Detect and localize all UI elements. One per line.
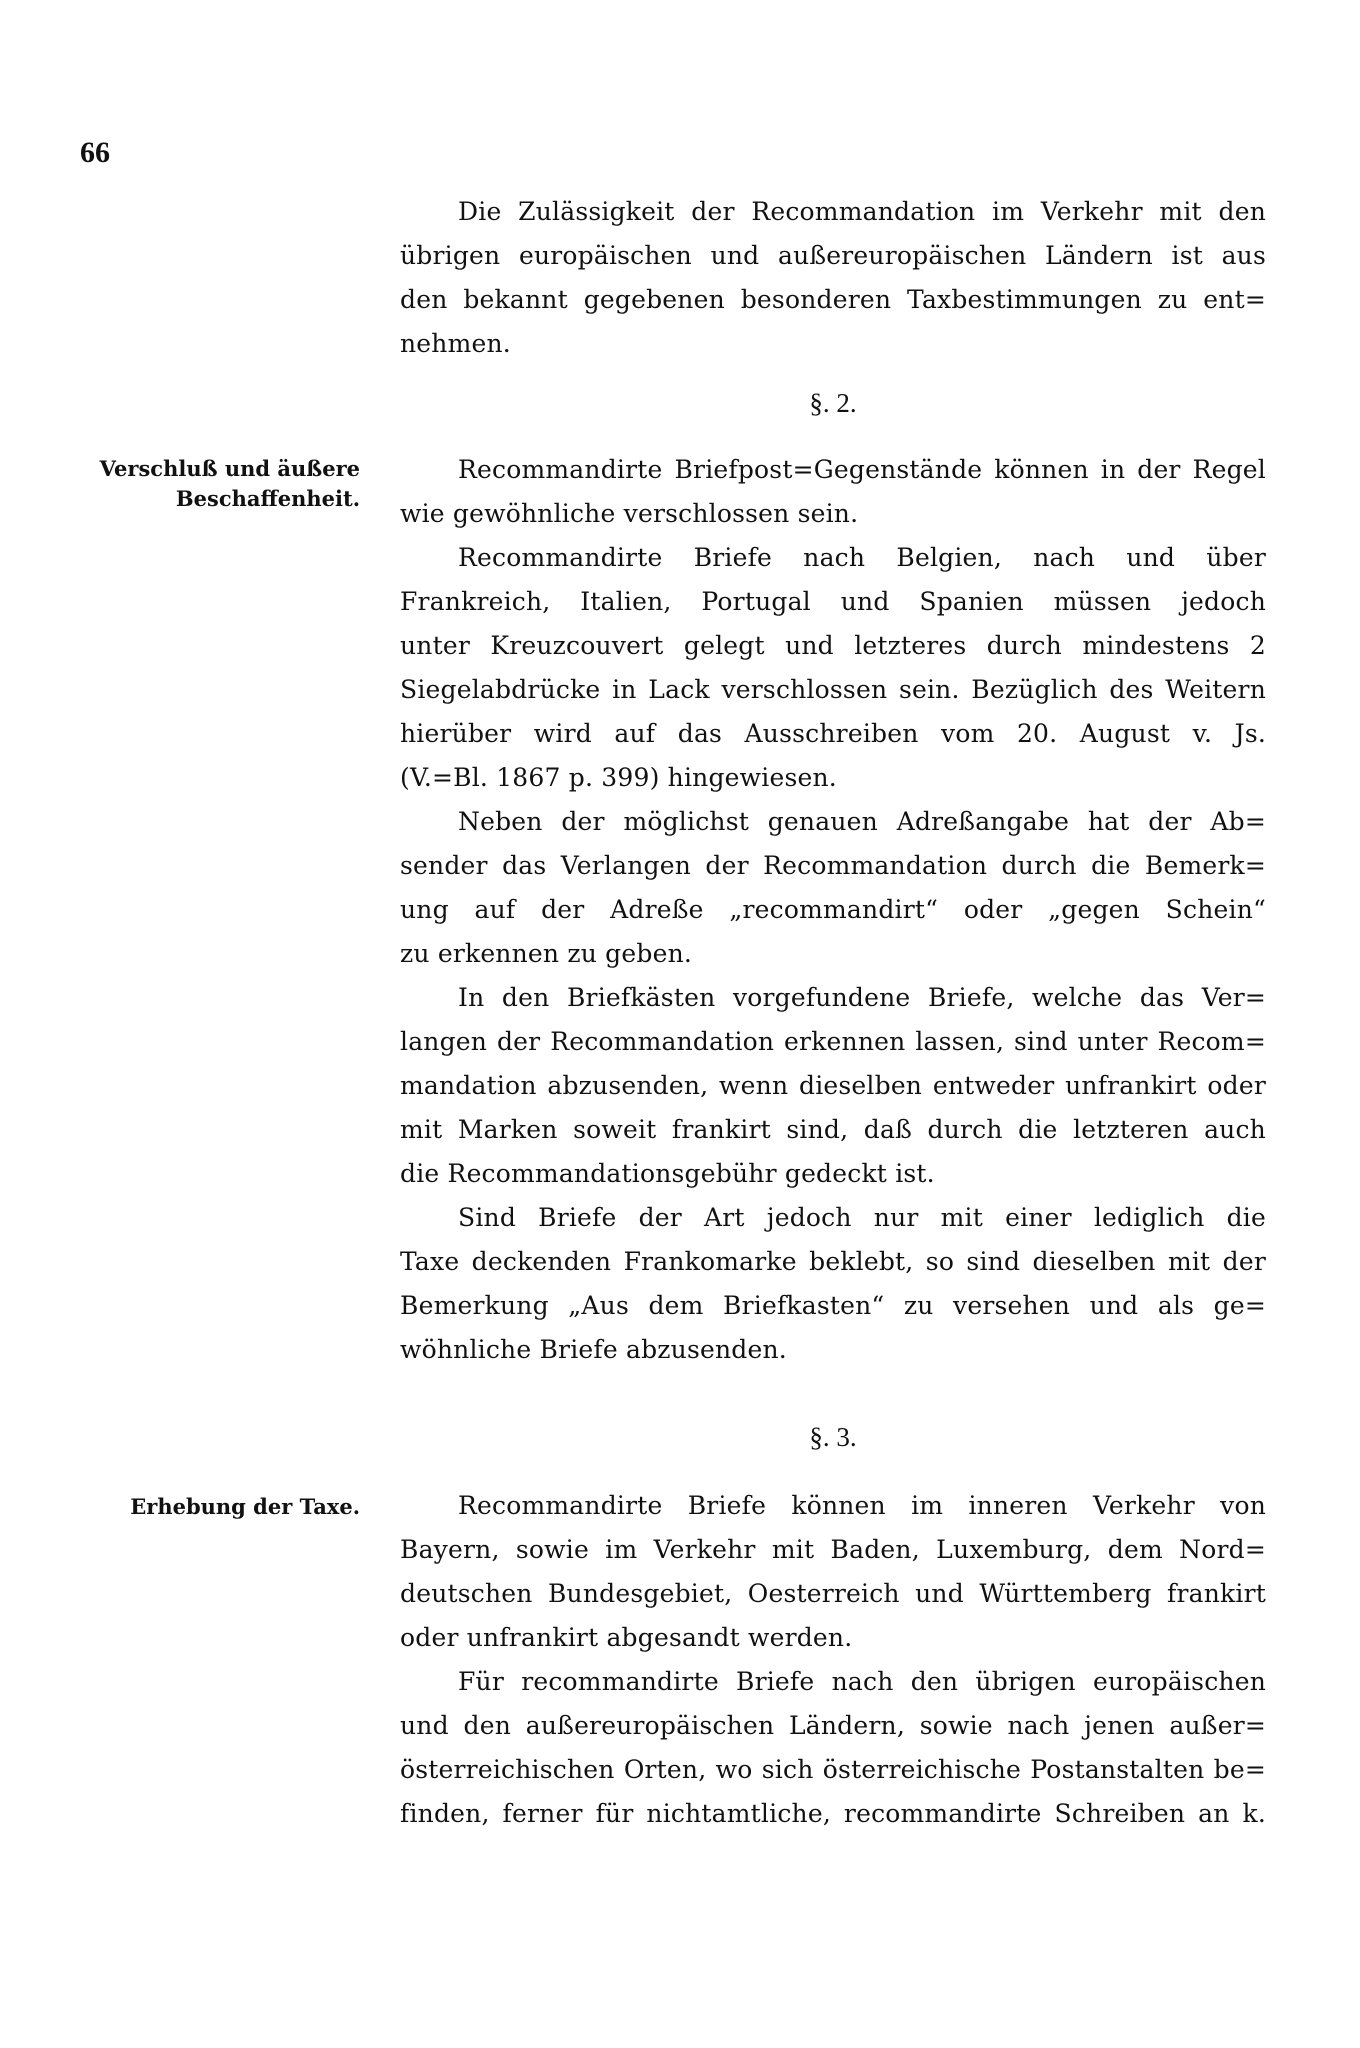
text-line: Taxe deckenden Frankomarke beklebt, so s… bbox=[400, 1240, 1266, 1284]
text-line: unter Kreuzcouvert gelegt und letzteres … bbox=[400, 624, 1266, 668]
text-line: Recommandirte Briefpost=Gegenstände könn… bbox=[400, 448, 1266, 492]
text-line: den bekannt gegebenen besonderen Taxbest… bbox=[400, 278, 1266, 322]
text-line: Die Zulässigkeit der Recommandation im V… bbox=[400, 190, 1266, 234]
text-line: Recommandirte Briefe können im inneren V… bbox=[400, 1484, 1266, 1528]
text-line: Bayern, sowie im Verkehr mit Baden, Luxe… bbox=[400, 1528, 1266, 1572]
text-line: sender das Verlangen der Recommandation … bbox=[400, 844, 1266, 888]
margin-note-line: Beschaffenheit. bbox=[60, 484, 360, 514]
text-line: Frankreich, Italien, Portugal und Spanie… bbox=[400, 580, 1266, 624]
text-line: mandation abzusenden, wenn dieselben ent… bbox=[400, 1064, 1266, 1108]
text-line: mit Marken soweit frankirt sind, daß dur… bbox=[400, 1108, 1266, 1152]
text-line: Sind Briefe der Art jedoch nur mit einer… bbox=[400, 1196, 1266, 1240]
text-line: Neben der möglichst genauen Adreßangabe … bbox=[400, 800, 1266, 844]
margin-note-line: Verschluß und äußere bbox=[60, 454, 360, 484]
text-line: In den Briefkästen vorgefundene Briefe, … bbox=[400, 976, 1266, 1020]
text-line: Bemerkung „Aus dem Briefkasten“ zu verse… bbox=[400, 1284, 1266, 1328]
text-line: österreichischen Orten, wo sich österrei… bbox=[400, 1748, 1266, 1792]
paragraph-closure: Recommandirte Briefpost=Gegenstände könn… bbox=[400, 448, 1266, 1372]
paragraph-admissibility: Die Zulässigkeit der Recommandation im V… bbox=[400, 190, 1266, 366]
text-line: langen der Recommandation erkennen lasse… bbox=[400, 1020, 1266, 1064]
text-line: deutschen Bundesgebiet, Oesterreich und … bbox=[400, 1572, 1266, 1616]
text-line: wie gewöhnliche verschlossen sein. bbox=[400, 492, 1266, 536]
text-line: Siegelabdrücke in Lack verschlossen sein… bbox=[400, 668, 1266, 712]
text-line: Recommandirte Briefe nach Belgien, nach … bbox=[400, 536, 1266, 580]
margin-note-line: Erhebung der Taxe. bbox=[60, 1492, 360, 1522]
text-line: (V.=Bl. 1867 p. 399) hingewiesen. bbox=[400, 756, 1266, 800]
text-line: Für recommandirte Briefe nach den übrige… bbox=[400, 1660, 1266, 1704]
text-line: nehmen. bbox=[400, 322, 1266, 366]
paragraph-fee: Recommandirte Briefe können im inneren V… bbox=[400, 1484, 1266, 1836]
text-line: ung auf der Adreße „recommandirt“ oder „… bbox=[400, 888, 1266, 932]
margin-note-fee: Erhebung der Taxe. bbox=[60, 1492, 360, 1522]
text-line: hierüber wird auf das Ausschreiben vom 2… bbox=[400, 712, 1266, 756]
text-line: übrigen europäischen und außereuropäisch… bbox=[400, 234, 1266, 278]
page-number: 66 bbox=[80, 136, 110, 170]
text-line: wöhnliche Briefe abzusenden. bbox=[400, 1328, 1266, 1372]
section-heading-2: §. 2. bbox=[400, 388, 1266, 419]
section-heading-3: §. 3. bbox=[400, 1422, 1266, 1453]
text-line: finden, ferner für nichtamtliche, recomm… bbox=[400, 1792, 1266, 1836]
text-line: und den außereuropäischen Ländern, sowie… bbox=[400, 1704, 1266, 1748]
margin-note-closure: Verschluß und äußere Beschaffenheit. bbox=[60, 454, 360, 514]
text-line: oder unfrankirt abgesandt werden. bbox=[400, 1616, 1266, 1660]
text-line: zu erkennen zu geben. bbox=[400, 932, 1266, 976]
text-line: die Recommandationsgebühr gedeckt ist. bbox=[400, 1152, 1266, 1196]
